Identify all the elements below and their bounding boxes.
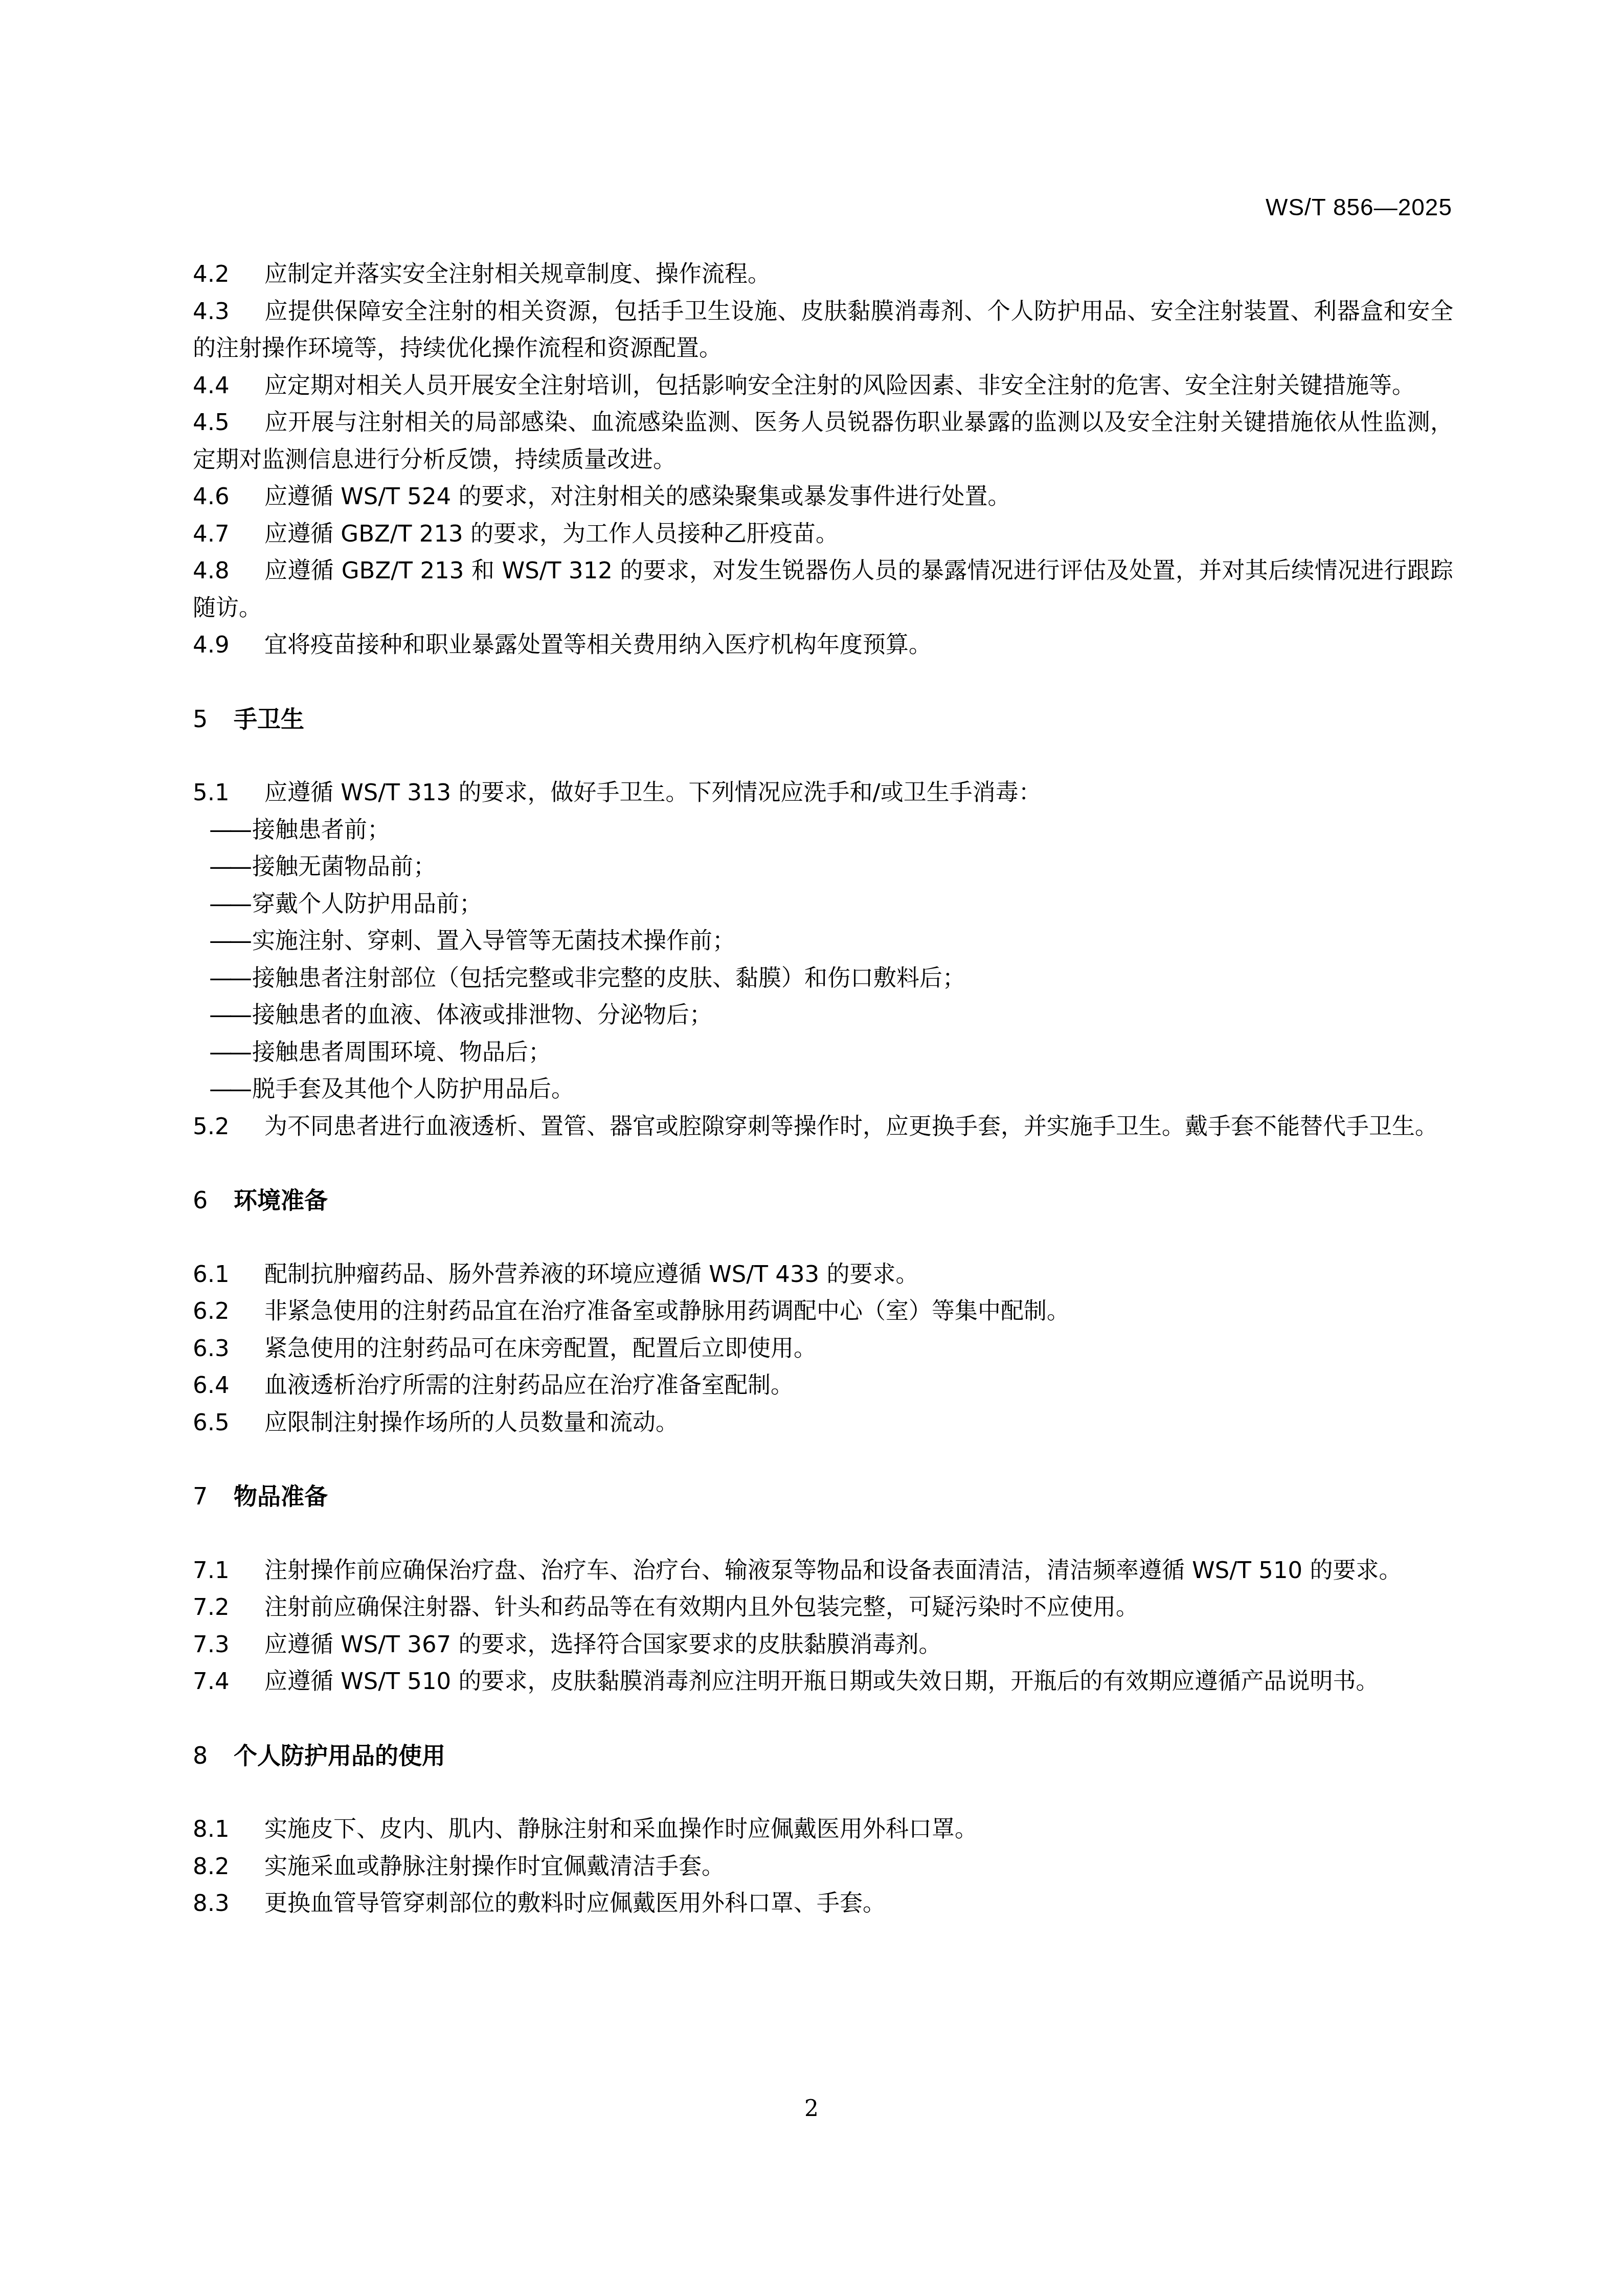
clause-number: 6.2 — [193, 1293, 264, 1330]
clause-6-2: 6.2非紧急使用的注射药品宜在治疗准备室或静脉用药调配中心（室）等集中配制。 — [193, 1293, 1453, 1330]
clause-number: 7.1 — [193, 1552, 264, 1589]
clause-text: 注射操作前应确保治疗盘、治疗车、治疗台、输液泵等物品和设备表面清洁，清洁频率遵循… — [264, 1557, 1402, 1584]
clause-number: 8.2 — [193, 1848, 264, 1885]
clause-number: 6.1 — [193, 1256, 264, 1293]
clause-8-3: 8.3更换血管导管穿刺部位的敷料时应佩戴医用外科口罩、手套。 — [193, 1885, 1453, 1922]
section-6-heading: 6环境准备 — [193, 1182, 1453, 1219]
clause-number: 7.2 — [193, 1589, 264, 1626]
section-number: 7 — [193, 1478, 234, 1515]
list-item: ——实施注射、穿刺、置入导管等无菌技术操作前； — [193, 922, 1453, 960]
list-item-text: 接触患者的血液、体液或排泄物、分泌物后； — [252, 1001, 712, 1028]
section-title: 物品准备 — [234, 1482, 328, 1510]
section-4-items: 4.2应制定并落实安全注射相关规章制度、操作流程。 4.3应提供保障安全注射的相… — [193, 256, 1453, 664]
clause-number: 6.4 — [193, 1367, 264, 1404]
list-item-text: 接触患者前； — [252, 816, 390, 843]
clause-4-9: 4.9宜将疫苗接种和职业暴露处置等相关费用纳入医疗机构年度预算。 — [193, 626, 1453, 664]
clause-8-2: 8.2实施采血或静脉注射操作时宜佩戴清洁手套。 — [193, 1848, 1453, 1885]
clause-text: 应定期对相关人员开展安全注射培训，包括影响安全注射的风险因素、非安全注射的危害、… — [264, 372, 1415, 399]
clause-5-2: 5.2为不同患者进行血液透析、置管、器官或腔隙穿刺等操作时，应更换手套，并实施手… — [193, 1108, 1453, 1145]
clause-text: 应遵循 WS/T 510 的要求，皮肤黏膜消毒剂应注明开瓶日期或失效日期，开瓶后… — [264, 1668, 1379, 1695]
list-item-text: 脱手套及其他个人防护用品后。 — [252, 1075, 574, 1102]
list-item-text: 穿戴个人防护用品前； — [252, 890, 482, 917]
clause-text: 注射前应确保注射器、针头和药品等在有效期内且外包装完整，可疑污染时不应使用。 — [264, 1593, 1139, 1620]
clause-number: 5.2 — [193, 1108, 264, 1145]
page-number: 2 — [0, 2096, 1623, 2122]
clause-text: 非紧急使用的注射药品宜在治疗准备室或静脉用药调配中心（室）等集中配制。 — [264, 1297, 1070, 1324]
list-item-text: 接触患者注射部位（包括完整或非完整的皮肤、黏膜）和伤口敷料后； — [252, 964, 965, 992]
section-5-heading: 5手卫生 — [193, 701, 1453, 738]
list-item: ——接触患者的血液、体液或排泄物、分泌物后； — [193, 997, 1453, 1034]
dash-bullet: —— — [193, 812, 252, 849]
dash-bullet: —— — [193, 922, 252, 960]
document-code-header: WS/T 856—2025 — [1266, 193, 1452, 221]
clause-text: 紧急使用的注射药品可在床旁配置，配置后立即使用。 — [264, 1335, 817, 1362]
list-item: ——穿戴个人防护用品前； — [193, 886, 1453, 923]
dash-bullet: —— — [193, 1034, 252, 1071]
section-title: 手卫生 — [234, 705, 304, 733]
clause-number: 6.3 — [193, 1330, 264, 1367]
list-item: ——接触无菌物品前； — [193, 848, 1453, 886]
hand-hygiene-list: ——接触患者前； ——接触无菌物品前； ——穿戴个人防护用品前； ——实施注射、… — [193, 812, 1453, 1108]
clause-6-4: 6.4血液透析治疗所需的注射药品应在治疗准备室配制。 — [193, 1367, 1453, 1404]
clause-text: 血液透析治疗所需的注射药品应在治疗准备室配制。 — [264, 1371, 794, 1399]
section-number: 5 — [193, 701, 234, 738]
clause-number: 4.8 — [193, 552, 264, 590]
clause-number: 7.4 — [193, 1663, 264, 1700]
clause-4-7: 4.7应遵循 GBZ/T 213 的要求，为工作人员接种乙肝疫苗。 — [193, 515, 1453, 553]
clause-4-8: 4.8应遵循 GBZ/T 213 和 WS/T 312 的要求，对发生锐器伤人员… — [193, 552, 1453, 626]
clause-text: 配制抗肿瘤药品、肠外营养液的环境应遵循 WS/T 433 的要求。 — [264, 1260, 919, 1288]
clause-text: 应遵循 WS/T 524 的要求，对注射相关的感染聚集或暴发事件进行处置。 — [264, 483, 1011, 510]
clause-8-1: 8.1实施皮下、皮内、肌内、静脉注射和采血操作时应佩戴医用外科口罩。 — [193, 1811, 1453, 1848]
section-title: 个人防护用品的使用 — [234, 1742, 445, 1769]
clause-text: 实施采血或静脉注射操作时宜佩戴清洁手套。 — [264, 1853, 725, 1880]
clause-4-6: 4.6应遵循 WS/T 524 的要求，对注射相关的感染聚集或暴发事件进行处置。 — [193, 478, 1453, 515]
clause-number: 4.2 — [193, 256, 264, 293]
dash-bullet: —— — [193, 1071, 252, 1108]
clause-6-1: 6.1配制抗肿瘤药品、肠外营养液的环境应遵循 WS/T 433 的要求。 — [193, 1256, 1453, 1293]
dash-bullet: —— — [193, 997, 252, 1034]
clause-5-1: 5.1应遵循 WS/T 313 的要求，做好手卫生。下列情况应洗手和/或卫生手消… — [193, 774, 1453, 812]
dash-bullet: —— — [193, 848, 252, 886]
clause-number: 4.6 — [193, 478, 264, 515]
document-body: 4.2应制定并落实安全注射相关规章制度、操作流程。 4.3应提供保障安全注射的相… — [193, 256, 1453, 1922]
clause-text: 应遵循 WS/T 367 的要求，选择符合国家要求的皮肤黏膜消毒剂。 — [264, 1631, 942, 1658]
clause-number: 6.5 — [193, 1404, 264, 1442]
list-item: ——脱手套及其他个人防护用品后。 — [193, 1071, 1453, 1108]
clause-text: 应遵循 GBZ/T 213 和 WS/T 312 的要求，对发生锐器伤人员的暴露… — [193, 557, 1453, 621]
clause-4-3: 4.3应提供保障安全注射的相关资源，包括手卫生设施、皮肤黏膜消毒剂、个人防护用品… — [193, 293, 1453, 367]
dash-bullet: —— — [193, 886, 252, 923]
section-8-heading: 8个人防护用品的使用 — [193, 1737, 1453, 1774]
list-item-text: 接触患者周围环境、物品后； — [252, 1039, 551, 1066]
clause-number: 4.4 — [193, 367, 264, 404]
section-number: 6 — [193, 1182, 234, 1219]
clause-4-2: 4.2应制定并落实安全注射相关规章制度、操作流程。 — [193, 256, 1453, 293]
clause-text: 更换血管导管穿刺部位的敷料时应佩戴医用外科口罩、手套。 — [264, 1889, 886, 1917]
clause-text: 应遵循 WS/T 313 的要求，做好手卫生。下列情况应洗手和/或卫生手消毒： — [264, 779, 1042, 806]
clause-text: 应提供保障安全注射的相关资源，包括手卫生设施、皮肤黏膜消毒剂、个人防护用品、安全… — [193, 298, 1453, 362]
clause-number: 4.9 — [193, 626, 264, 664]
list-item: ——接触患者周围环境、物品后； — [193, 1034, 1453, 1071]
clause-text: 实施皮下、皮内、肌内、静脉注射和采血操作时应佩戴医用外科口罩。 — [264, 1815, 978, 1842]
clause-number: 4.5 — [193, 404, 264, 441]
clause-number: 4.3 — [193, 293, 264, 330]
clause-number: 7.3 — [193, 1626, 264, 1663]
clause-number: 4.7 — [193, 515, 264, 553]
clause-text: 应遵循 GBZ/T 213 的要求，为工作人员接种乙肝疫苗。 — [264, 520, 839, 547]
clause-7-1: 7.1注射操作前应确保治疗盘、治疗车、治疗台、输液泵等物品和设备表面清洁，清洁频… — [193, 1552, 1453, 1589]
list-item: ——接触患者前； — [193, 812, 1453, 849]
clause-text: 宜将疫苗接种和职业暴露处置等相关费用纳入医疗机构年度预算。 — [264, 631, 932, 658]
clause-text: 应限制注射操作场所的人员数量和流动。 — [264, 1409, 679, 1436]
section-7-heading: 7物品准备 — [193, 1478, 1453, 1515]
dash-bullet: —— — [193, 960, 252, 997]
clause-number: 8.1 — [193, 1811, 264, 1848]
clause-text: 应制定并落实安全注射相关规章制度、操作流程。 — [264, 260, 771, 287]
clause-text: 为不同患者进行血液透析、置管、器官或腔隙穿刺等操作时，应更换手套，并实施手卫生。… — [264, 1113, 1438, 1140]
clause-text: 应开展与注射相关的局部感染、血流感染监测、医务人员锐器伤职业暴露的监测以及安全注… — [193, 409, 1453, 473]
section-number: 8 — [193, 1737, 234, 1774]
clause-6-3: 6.3紧急使用的注射药品可在床旁配置，配置后立即使用。 — [193, 1330, 1453, 1367]
list-item: ——接触患者注射部位（包括完整或非完整的皮肤、黏膜）和伤口敷料后； — [193, 960, 1453, 997]
clause-7-2: 7.2注射前应确保注射器、针头和药品等在有效期内且外包装完整，可疑污染时不应使用… — [193, 1589, 1453, 1626]
clause-7-4: 7.4应遵循 WS/T 510 的要求，皮肤黏膜消毒剂应注明开瓶日期或失效日期，… — [193, 1663, 1453, 1700]
clause-number: 5.1 — [193, 774, 264, 812]
list-item-text: 实施注射、穿刺、置入导管等无菌技术操作前； — [252, 927, 735, 954]
clause-4-4: 4.4应定期对相关人员开展安全注射培训，包括影响安全注射的风险因素、非安全注射的… — [193, 367, 1453, 404]
clause-7-3: 7.3应遵循 WS/T 367 的要求，选择符合国家要求的皮肤黏膜消毒剂。 — [193, 1626, 1453, 1663]
clause-6-5: 6.5应限制注射操作场所的人员数量和流动。 — [193, 1404, 1453, 1442]
clause-4-5: 4.5应开展与注射相关的局部感染、血流感染监测、医务人员锐器伤职业暴露的监测以及… — [193, 404, 1453, 478]
clause-number: 8.3 — [193, 1885, 264, 1922]
section-title: 环境准备 — [234, 1186, 328, 1214]
list-item-text: 接触无菌物品前； — [252, 853, 436, 880]
